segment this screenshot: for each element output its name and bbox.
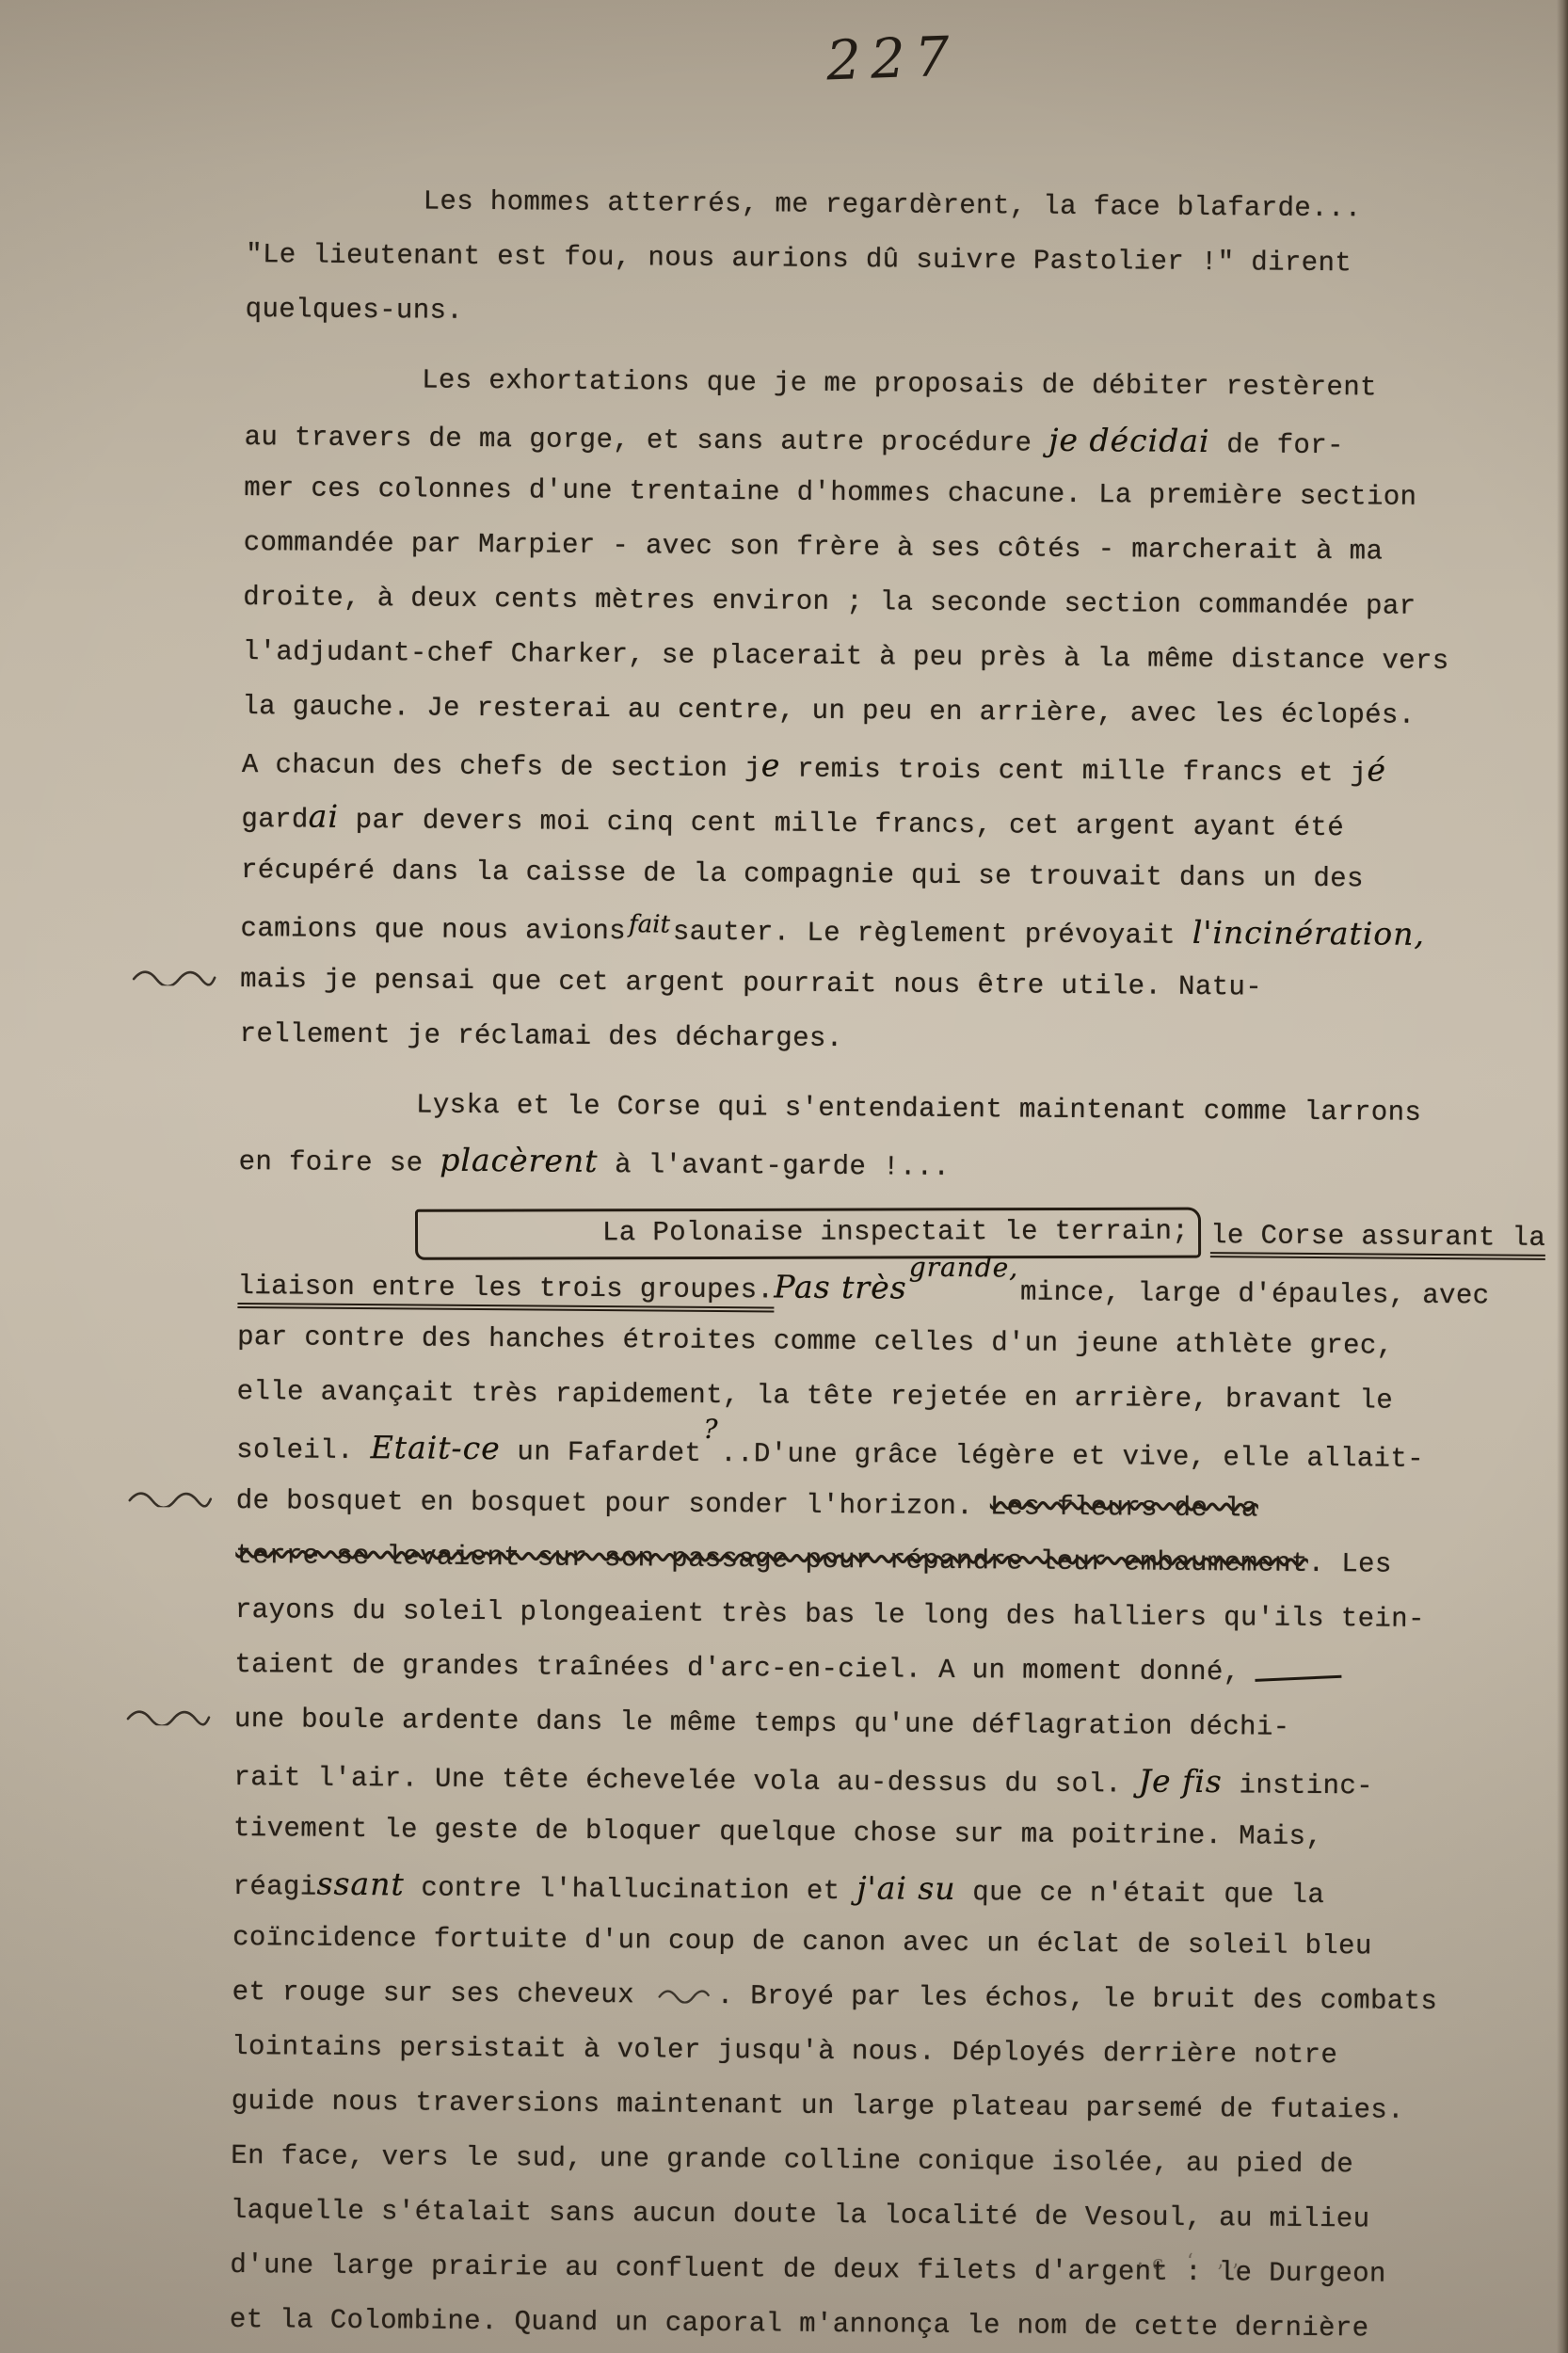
typed-text: camions que nous avions (240, 913, 626, 947)
handwritten-text: ai (309, 798, 340, 835)
typed-text: rellement je réclamai des décharges. (240, 1018, 843, 1054)
typewritten-text-block: Les hommes atterrés, me regardèrent, la … (230, 158, 1451, 2353)
text-line: guide nous traversions maintenant un lar… (232, 2074, 1436, 2138)
handwritten-text: ssant (316, 1865, 404, 1903)
handwritten-text: j'ai su (856, 1869, 956, 1907)
typed-text: En face, vers le sud, une grande colline… (231, 2140, 1353, 2180)
text-line: tivement le geste de bloquer quelque cho… (233, 1801, 1438, 1865)
text-line: droite, à deux cents mètres environ ; la… (243, 570, 1448, 634)
squiggle-icon (127, 1488, 214, 1508)
typed-text: mer ces colonnes d'une trentaine d'homme… (244, 472, 1416, 513)
handwritten-text: placèrent (440, 1142, 598, 1179)
text-line: rayons du soleil plongeaient très bas le… (235, 1583, 1440, 1647)
typed-text: guide nous traversions maintenant un lar… (232, 2086, 1404, 2126)
typed-text: la gauche. Je resterai au centre, un peu… (242, 691, 1415, 731)
text-line: "Le lieutenant est fou, nous aurions dû … (246, 228, 1450, 292)
handwritten-text: Etait-ce (371, 1429, 501, 1466)
typed-text: soleil. (236, 1434, 371, 1466)
typed-text: au travers de ma gorge, et sans autre pr… (245, 422, 1049, 459)
typed-text: mince, large d'épaules, avec (1020, 1276, 1490, 1311)
text-line: commandée par Marpier - avec son frère à… (244, 516, 1448, 580)
text-line: en foire se placèrent à l'avant-garde !.… (238, 1131, 1443, 1195)
text-line: Les exhortations que je me proposais de … (245, 352, 1449, 416)
typed-text: Lyska et le Corse qui s'entendaient main… (416, 1089, 1421, 1128)
underlined-text: le Corse assurant la (1210, 1220, 1545, 1260)
text-line: coïncidence fortuite d'un coup de canon … (232, 1911, 1437, 1975)
typed-text: . Les (1308, 1548, 1392, 1580)
typed-text: . Broyé par les échos, le bruit des comb… (717, 1980, 1438, 2017)
text-line: elle avançait très rapidement, la tête r… (236, 1365, 1441, 1429)
typed-text: A chacun des chefs de section j (242, 749, 761, 784)
typed-text: instinc- (1223, 1769, 1373, 1801)
typed-text: mais je pensai que cet argent pourrait n… (240, 964, 1262, 1003)
typed-text: gard (241, 804, 308, 836)
text-line: récupéré dans la caisse de la compagnie … (241, 843, 1446, 907)
struck-through-text: Les fleurs de la (990, 1491, 1258, 1524)
squiggle-icon (131, 967, 217, 986)
typed-text: l'adjudant-chef Charker, se placerait à … (243, 636, 1449, 677)
typed-text: coïncidence fortuite d'un coup de canon … (232, 1922, 1372, 1962)
typed-text: à l'avant-garde !... (598, 1149, 950, 1183)
typed-text: droite, à deux cents mètres environ ; la… (243, 582, 1416, 622)
typed-text: commandée par Marpier - avec son frère à… (244, 527, 1384, 568)
text-line: taient de grandes traînées d'arc-en-ciel… (234, 1638, 1439, 1702)
handwritten-text: je décidai (1048, 422, 1210, 459)
page-edge-shadow (1557, 0, 1568, 2353)
typed-text: elle avançait très rapidement, la tête r… (237, 1376, 1394, 1417)
typed-text: laquelle s'étalait sans aucun doute la l… (231, 2195, 1370, 2235)
handwritten-text: Pas très (774, 1268, 907, 1305)
struck-through-text: terre se levaient sur son passage pour r… (235, 1540, 1308, 1579)
typed-text: ..D'une grâce légère et vive, elle allai… (720, 1438, 1424, 1475)
typed-text: sauter. Le règlement prévoyait (673, 917, 1192, 952)
text-line: d'une large prairie au confluent de deux… (230, 2238, 1434, 2302)
typed-text: récupéré dans la caisse de la compagnie … (241, 855, 1364, 894)
text-line: au travers de ma gorge, et sans autre pr… (244, 407, 1448, 471)
typed-text: quelques-uns. (246, 294, 464, 327)
text-line: A chacun des chefs de section je remis t… (242, 734, 1447, 798)
typed-text: taient de grandes traînées d'arc-en-ciel… (234, 1649, 1240, 1688)
handwritten-superscript-text: ? (703, 1414, 718, 1445)
typed-text: de for- (1209, 429, 1344, 461)
handwritten-text: e (761, 746, 781, 783)
text-line: et la Colombine. Quand un caporal m'anno… (230, 2293, 1434, 2353)
typed-text: tivement le geste de bloquer quelque cho… (233, 1813, 1322, 1852)
typed-text: et la Colombine. Quand un caporal m'anno… (230, 2304, 1369, 2345)
typed-text: lointains persistait à voler jusqu'à nou… (232, 2031, 1337, 2071)
text-line: réagissant contre l'hallucination et j'a… (232, 1856, 1437, 1920)
text-line: mais je pensai que cet argent pourrait n… (240, 952, 1445, 1016)
typed-text: une boule ardente dans le même temps qu'… (234, 1704, 1290, 1743)
text-line: par contre des hanches étroites comme ce… (237, 1310, 1442, 1374)
text-line: une boule ardente dans le même temps qu'… (234, 1692, 1439, 1756)
text-line: terre se levaient sur son passage pour r… (235, 1529, 1440, 1593)
text-line: liaison entre les trois groupes.Pas très… (237, 1256, 1442, 1320)
typed-text: de bosquet en bosquet pour sonder l'hori… (236, 1485, 990, 1522)
typed-text: contre l'hallucination et (405, 1872, 857, 1907)
typed-text: un Fafardet (501, 1436, 702, 1469)
handwritten-text: Je fis (1139, 1762, 1223, 1800)
text-line: soleil. Etait-ce un Fafardet?..D'une grâ… (236, 1419, 1441, 1483)
text-line: camions que nous avionsfaitsauter. Le rè… (240, 898, 1445, 962)
text-line: Les hommes atterrés, me regardèrent, la … (246, 173, 1450, 237)
text-line: laquelle s'étalait sans aucun doute la l… (231, 2184, 1435, 2248)
typed-text: réagi (232, 1871, 316, 1903)
text-line: La Polonaise inspectait le terrain;le Co… (238, 1201, 1443, 1265)
handwritten-page-number: 227 (825, 24, 960, 93)
text-line: l'adjudant-chef Charker, se placerait à … (243, 625, 1448, 689)
underlined-text: liaison entre les trois groupes. (237, 1271, 774, 1312)
typed-text: "Le lieutenant est fou, nous aurions dû … (246, 239, 1352, 279)
handwritten-superscript-text: grande, (909, 1252, 1019, 1284)
text-line: Lyska et le Corse qui s'entendaient main… (239, 1077, 1444, 1141)
typed-text: Les exhortations que je me proposais de … (422, 364, 1377, 403)
text-line: la gauche. Je resterai au centre, un peu… (242, 680, 1447, 744)
handwritten-blank-line (1255, 1672, 1341, 1682)
squiggle-icon (125, 1706, 212, 1726)
text-line: et rouge sur ses cheveux . Broyé par les… (232, 1965, 1436, 2029)
handwritten-text: l'incinération, (1192, 914, 1425, 952)
text-line: lointains persistait à voler jusqu'à nou… (232, 2020, 1436, 2084)
squiggle-icon (657, 1987, 712, 2004)
text-line: rellement je réclamai des décharges. (239, 1007, 1444, 1071)
typed-text: Les hommes atterrés, me regardèrent, la … (424, 185, 1362, 224)
handwritten-insert-text: fait (629, 910, 670, 938)
typed-text: et rouge sur ses cheveux (232, 1977, 651, 2010)
handwritten-text: é (1367, 751, 1386, 788)
text-line: quelques-uns. (246, 282, 1450, 346)
typed-text: rait l'air. Une tête échevelée vola au-d… (233, 1762, 1139, 1801)
typed-text: que ce n'était que la (955, 1877, 1324, 1911)
text-line: En face, vers le sud, une grande colline… (231, 2129, 1435, 2193)
text-line: gardai par devers moi cinq cent mille fr… (241, 789, 1446, 853)
text-line: rait l'air. Une tête échevelée vola au-d… (233, 1747, 1438, 1811)
typed-text: remis trois cent mille francs et j (780, 753, 1367, 789)
text-line: de bosquet en bosquet pour sonder l'hori… (236, 1474, 1441, 1538)
typed-text: en foire se (238, 1146, 440, 1179)
boxed-text: La Polonaise inspectait le terrain; (415, 1208, 1201, 1260)
typed-text: par devers moi cinq cent mille francs, c… (339, 805, 1344, 843)
typed-text: par contre des hanches étroites comme ce… (237, 1321, 1394, 1362)
text-line: mer ces colonnes d'une trentaine d'homme… (244, 461, 1448, 525)
typed-text: rayons du soleil plongeaient très bas le… (235, 1594, 1425, 1635)
document-page: 227 Les hommes atterrés, me regardèrent,… (0, 0, 1568, 2353)
